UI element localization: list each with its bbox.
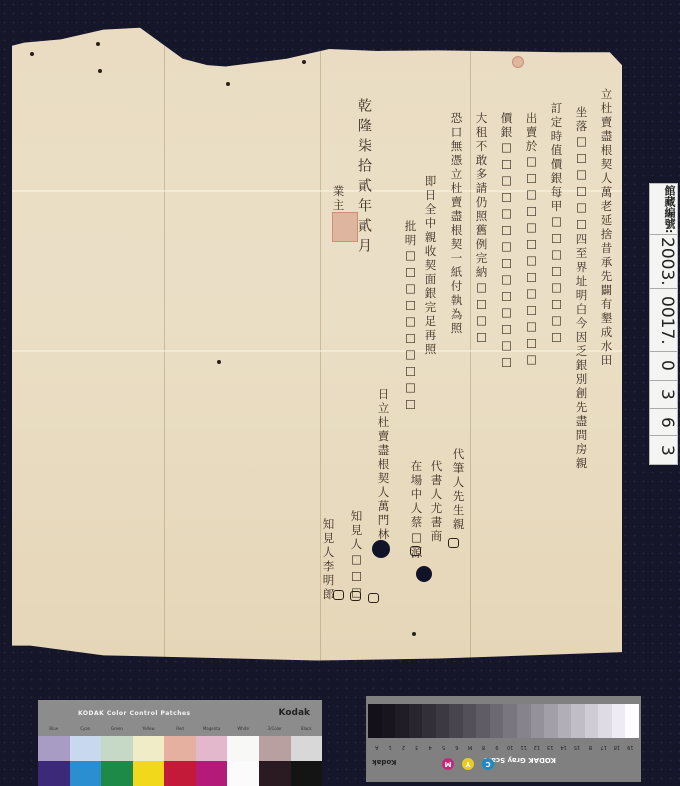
gray-step (368, 704, 382, 738)
color-patches-dark (38, 761, 322, 786)
color-patch (259, 736, 291, 761)
ink-spot (30, 52, 34, 56)
color-patch (164, 761, 196, 786)
gray-step (409, 704, 423, 738)
kodak-color-control-card: KODAK Color Control Patches Kodak Blue C… (38, 700, 322, 786)
color-patch (133, 736, 165, 761)
gray-step-label: A (370, 744, 383, 750)
signature-mark (333, 590, 344, 600)
color-patch (259, 761, 291, 786)
kodak-logo: Kodak (372, 758, 397, 766)
color-patch (164, 736, 196, 761)
gray-step-label: 5 (437, 744, 450, 750)
catalog-part: 6 (650, 409, 677, 436)
contract-line: 訂定時值價銀每甲□□□□□□□□ (550, 102, 562, 346)
witness-line: 日立杜賣盡根契人萬門林氏 (377, 388, 389, 556)
color-patch (196, 736, 228, 761)
signature-mark (368, 593, 379, 603)
gray-step (612, 704, 626, 738)
gray-step (625, 704, 639, 738)
patch-label: Green (101, 726, 133, 731)
witness-line: 知見人□□□ (350, 510, 362, 602)
gray-step (503, 704, 517, 738)
color-patch (227, 761, 259, 786)
color-patch (38, 761, 70, 786)
note-line: 即日全中親收契面銀完足再照 (424, 175, 436, 357)
gray-step-label: B (584, 744, 597, 750)
witness-line: 代筆人先生親 (452, 448, 464, 532)
ink-spot (98, 69, 102, 73)
contract-line: 立杜賣盡根契人萬老延捨昔承先闢有墾成水田 (600, 88, 612, 368)
catalog-part: 3 (650, 436, 677, 464)
color-patch (101, 761, 133, 786)
fold-line (320, 20, 321, 665)
signature-mark (448, 538, 459, 548)
signature-mark (350, 591, 361, 601)
gray-step (571, 704, 585, 738)
catalog-part: 3 (650, 381, 677, 410)
patch-label: 3/Color (259, 726, 291, 731)
witness-line: 代書人尤書商 (430, 460, 442, 544)
patch-label: Yellow (133, 726, 165, 731)
witness-line: 知見人李明郎 (322, 518, 334, 602)
patch-label: White (227, 726, 259, 731)
contract-line: 大租不敢多請仍照舊例完納□□□□ (475, 112, 487, 346)
gray-step-label: 6 (450, 744, 463, 750)
gray-step-label: M (464, 744, 477, 750)
gray-step-label: 8 (477, 744, 490, 750)
cyan-dot-icon: C (482, 758, 494, 770)
date-line: 乾隆柒拾貳年貳月 (357, 98, 371, 258)
patch-label: Cyan (70, 726, 102, 731)
catalog-part: 0 (650, 352, 677, 381)
signature-mark (410, 546, 421, 556)
gray-step (382, 704, 396, 738)
gray-step-label: 3 (410, 744, 423, 750)
gray-step-label: 11 (517, 744, 530, 750)
gray-step-label: 13 (544, 744, 557, 750)
contract-line: 出賣於□□□□□□□□□□□□□ (525, 112, 537, 369)
gray-step-label: 10 (504, 744, 517, 750)
color-patch (227, 736, 259, 761)
gray-step-label: 15 (570, 744, 583, 750)
catalog-prefix: 館藏編號: (650, 184, 677, 235)
color-patch (291, 736, 323, 761)
color-patch (133, 761, 165, 786)
gray-step (449, 704, 463, 738)
manuscript-paper: 立杜賣盡根契人萬老延捨昔承先闢有墾成水田 坐落□□□□□□四至界址明白今因乏銀別… (12, 20, 622, 665)
ink-fingerprint (416, 566, 432, 582)
yellow-dot-icon: Y (462, 758, 474, 770)
color-patch (101, 736, 133, 761)
contract-line: 價銀□□□□□□□□□□□□□□ (500, 112, 512, 371)
note-line: 批明□□□□□□□□□□ (404, 220, 416, 413)
color-patch (291, 761, 323, 786)
color-patch (70, 736, 102, 761)
gray-step (598, 704, 612, 738)
gray-step-label: 2 (397, 744, 410, 750)
gray-step-label: 14 (557, 744, 570, 750)
gray-step (490, 704, 504, 738)
gray-step (558, 704, 572, 738)
gray-step (422, 704, 436, 738)
color-patch (70, 761, 102, 786)
ink-spot (226, 82, 230, 86)
red-seal-small (512, 56, 524, 68)
ink-spot (412, 632, 416, 636)
fold-line (164, 20, 165, 665)
red-seal (332, 212, 358, 242)
seller-label: 業主 (332, 185, 344, 213)
gray-scale-labels: 191817B15141312111098M654321A (370, 744, 637, 750)
gray-step (517, 704, 531, 738)
patch-label: Blue (38, 726, 70, 731)
fold-line (470, 20, 471, 665)
gray-step (395, 704, 409, 738)
patch-label: Red (164, 726, 196, 731)
contract-line: 恐口無憑立杜賣盡根契一紙付執為照 (450, 112, 462, 336)
gray-scale-title: KODAK Gray Scale (484, 756, 556, 764)
gray-step-label: 9 (490, 744, 503, 750)
kodak-logo: Kodak (279, 708, 311, 718)
color-patches-light (38, 736, 322, 761)
catalog-part: 0017. (650, 289, 677, 352)
gray-step (585, 704, 599, 738)
gray-step-label: 4 (424, 744, 437, 750)
color-card-title: KODAK Color Control Patches (78, 710, 191, 717)
gray-step-label: 19 (624, 744, 637, 750)
patch-label: Black (291, 726, 323, 731)
gray-step-label: 17 (597, 744, 610, 750)
color-patch (196, 761, 228, 786)
ink-spot (96, 42, 100, 46)
ink-spot (302, 60, 306, 64)
ink-fingerprint (372, 540, 390, 558)
gray-scale-steps (368, 704, 639, 738)
patch-label: Magenta (196, 726, 228, 731)
kodak-gray-scale-card: 191817B15141312111098M654321A KODAK Gray… (366, 696, 641, 782)
gray-step (476, 704, 490, 738)
catalog-part: 2003. (650, 235, 677, 290)
gray-step (463, 704, 477, 738)
color-patch (38, 736, 70, 761)
catalog-number-label: 館藏編號: 2003. 0017. 0 3 6 3 (649, 183, 678, 465)
gray-step-label: 12 (530, 744, 543, 750)
gray-step-label: 18 (610, 744, 623, 750)
gray-step-label: 1 (383, 744, 396, 750)
magenta-dot-icon: M (442, 758, 454, 770)
gray-step (531, 704, 545, 738)
gray-step (544, 704, 558, 738)
contract-line: 坐落□□□□□□四至界址明白今因乏銀別創先盡問房親 (575, 106, 587, 471)
gray-step (436, 704, 450, 738)
ink-spot (217, 360, 221, 364)
